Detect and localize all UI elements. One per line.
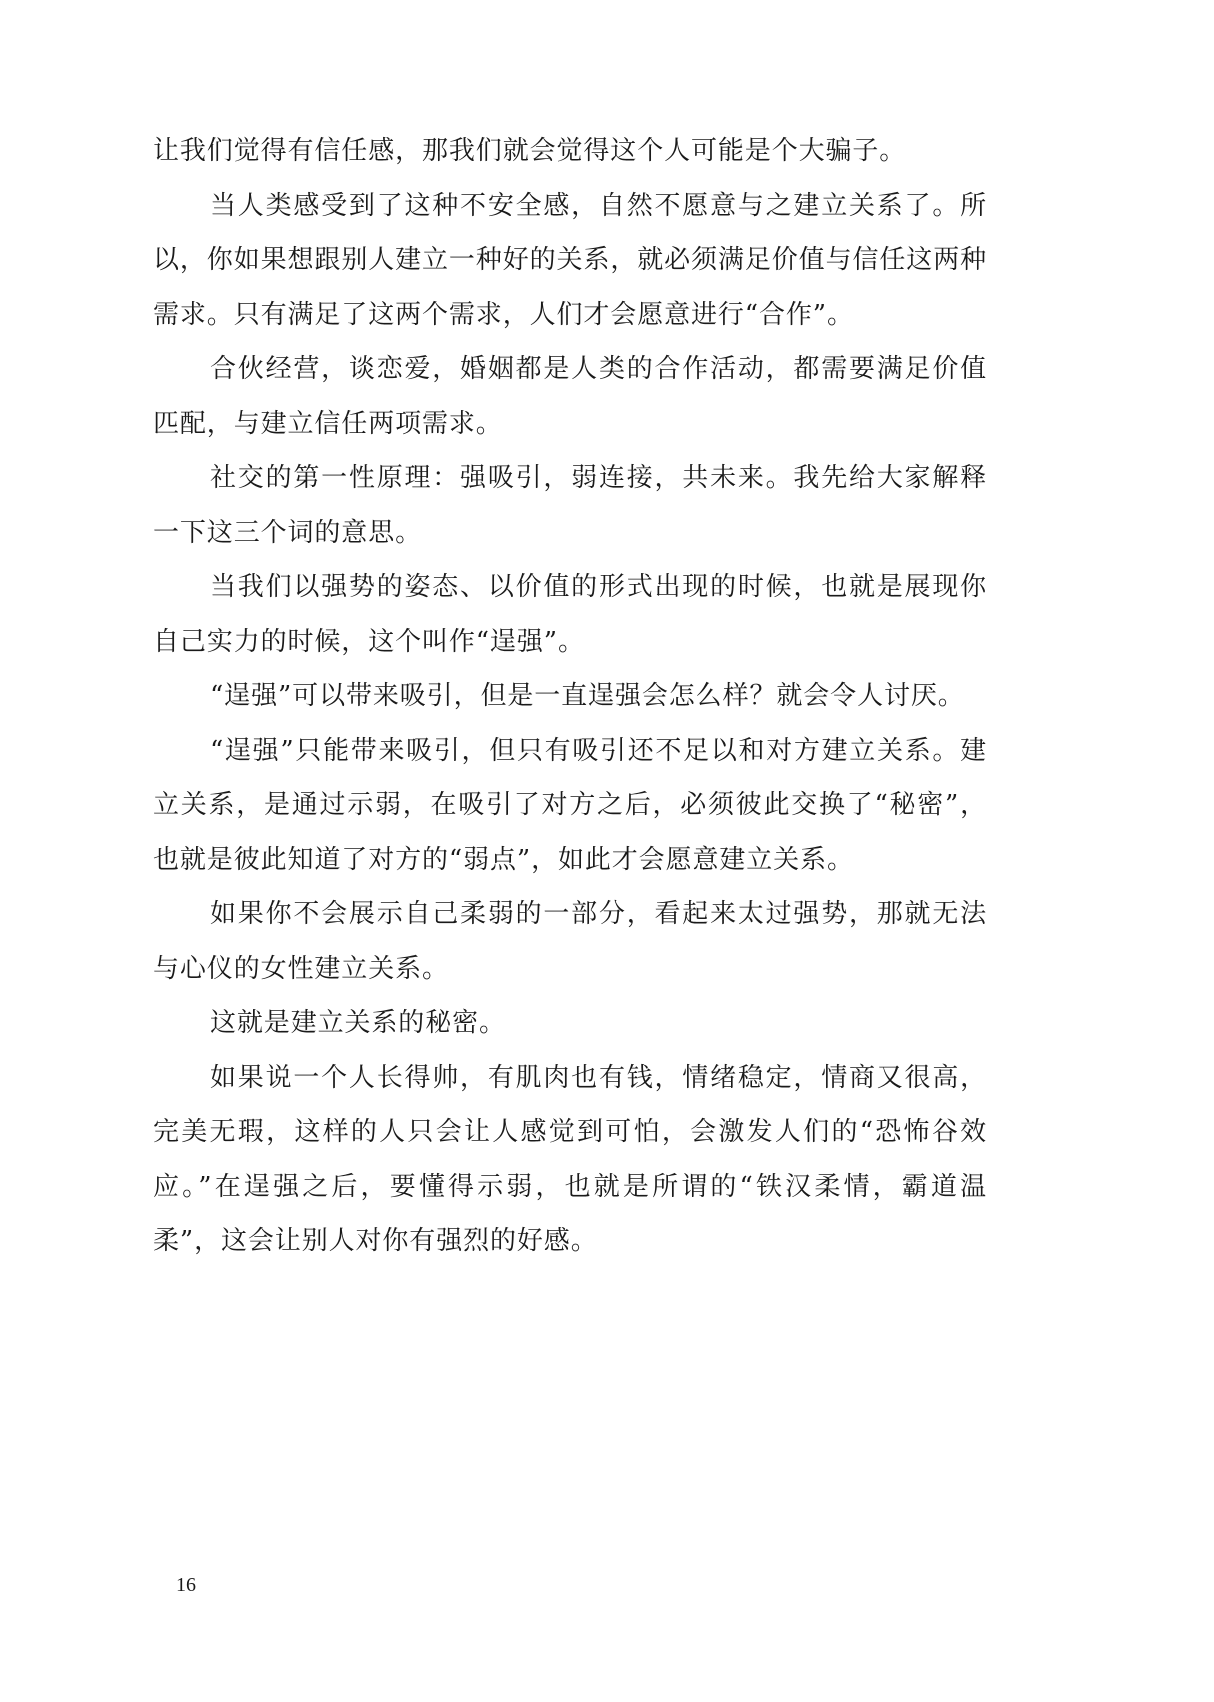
- paragraph: 如果你不会展示自己柔弱的一部分，看起来太过强势，那就无法与心仪的女性建立关系。: [153, 887, 987, 996]
- paragraph: 当我们以强势的姿态、以价值的形式出现的时候，也就是展现你自己实力的时候，这个叫作…: [153, 560, 987, 669]
- paragraph: 当人类感受到了这种不安全感，自然不愿意与之建立关系了。所以，你如果想跟别人建立一…: [153, 179, 987, 343]
- document-page: 让我们觉得有信任感，那我们就会觉得这个人可能是个大骗子。 当人类感受到了这种不安…: [0, 0, 1214, 1702]
- paragraph: “逞强”只能带来吸引，但只有吸引还不足以和对方建立关系。建立关系，是通过示弱，在…: [153, 724, 987, 888]
- body-text: 让我们觉得有信任感，那我们就会觉得这个人可能是个大骗子。 当人类感受到了这种不安…: [153, 124, 987, 1269]
- page-number: 16: [176, 1574, 196, 1597]
- paragraph: 如果说一个人长得帅，有肌肉也有钱，情绪稳定，情商又很高，完美无瑕，这样的人只会让…: [153, 1051, 987, 1269]
- paragraph: 让我们觉得有信任感，那我们就会觉得这个人可能是个大骗子。: [153, 124, 987, 179]
- paragraph: 合伙经营，谈恋爱，婚姻都是人类的合作活动，都需要满足价值匹配，与建立信任两项需求…: [153, 342, 987, 451]
- paragraph: 这就是建立关系的秘密。: [153, 996, 987, 1051]
- paragraph: “逞强”可以带来吸引，但是一直逞强会怎么样？就会令人讨厌。: [153, 669, 987, 724]
- paragraph: 社交的第一性原理：强吸引，弱连接，共未来。我先给大家解释一下这三个词的意思。: [153, 451, 987, 560]
